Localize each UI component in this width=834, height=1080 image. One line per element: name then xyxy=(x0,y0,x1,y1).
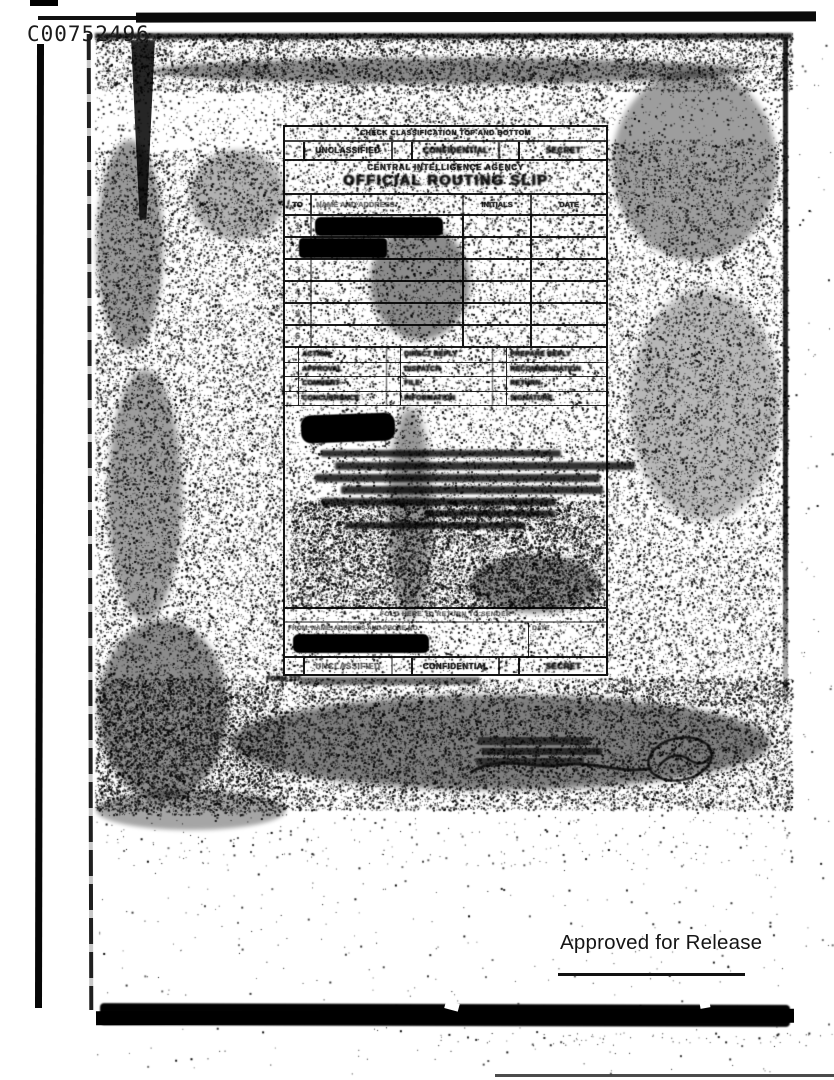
from-section: FROM: NAME, ADDRESS AND PHONE NO. DATE xyxy=(285,623,606,658)
action-grid-row: APPROVAL DISPATCH RECOMMENDATION xyxy=(285,363,606,378)
redaction-bar xyxy=(293,634,429,653)
row-initials-cell xyxy=(464,238,532,258)
page-right-edge-line xyxy=(783,37,788,702)
toner-blob xyxy=(98,620,228,800)
checkbox-cell xyxy=(387,348,401,362)
circled-initials xyxy=(644,732,715,786)
col-header-to: TO xyxy=(285,195,312,214)
checkbox-cell xyxy=(285,142,305,159)
row-initials-cell xyxy=(464,216,532,236)
action-grid: ACTION DIRECT REPLY PREPARE REPLY APPROV… xyxy=(285,348,606,406)
scan-top-bar-thin xyxy=(38,16,138,20)
row-number: 3 xyxy=(285,260,312,280)
row-date-cell xyxy=(532,282,606,302)
toner-blob xyxy=(108,370,182,620)
row-name-cell xyxy=(312,260,464,280)
toner-blob xyxy=(612,70,777,260)
page-top-edge-smudge xyxy=(95,33,792,39)
action-label: RECOMMENDATION xyxy=(507,363,606,377)
row-date-cell xyxy=(532,326,606,346)
classification-unclassified: UNCLASSIFIED xyxy=(305,142,393,159)
table-row: 5 xyxy=(285,304,606,326)
toner-blob xyxy=(97,140,163,350)
stamp-and-signature xyxy=(440,715,730,795)
checkbox-cell xyxy=(493,392,507,406)
toner-blob xyxy=(190,150,285,240)
table-row: 3 xyxy=(285,260,606,282)
row-initials-cell xyxy=(464,260,532,280)
from-cell: FROM: NAME, ADDRESS AND PHONE NO. xyxy=(285,623,529,658)
row-date-cell xyxy=(532,216,606,236)
scan-top-bar xyxy=(136,11,816,22)
checkbox-cell xyxy=(393,658,413,674)
from-date-cell: DATE xyxy=(529,623,606,658)
toner-blob xyxy=(630,290,780,520)
table-row: 2 xyxy=(285,238,606,260)
illegible-text-smudge xyxy=(321,450,561,457)
row-initials-cell xyxy=(464,304,532,324)
checkbox-cell xyxy=(500,658,520,674)
checkbox-cell xyxy=(387,377,401,391)
agency-name: CENTRAL INTELLIGENCE AGENCY xyxy=(285,163,606,172)
classification-secret: SECRET xyxy=(520,142,606,159)
action-label: DIRECT REPLY xyxy=(401,348,493,362)
form-title-block: CENTRAL INTELLIGENCE AGENCY OFFICIAL ROU… xyxy=(285,161,606,195)
col-header-initials: INITIALS xyxy=(464,195,532,214)
illegible-text-smudge xyxy=(321,498,556,506)
form-number: FORM 237 xyxy=(266,676,300,683)
checkbox-cell xyxy=(285,363,299,377)
illegible-text-smudge xyxy=(315,474,600,482)
row-initials-cell xyxy=(464,282,532,302)
document-id-number: C00752496 xyxy=(27,22,150,46)
action-label: INFORMATION xyxy=(401,392,493,406)
action-grid-row: ACTION DIRECT REPLY PREPARE REPLY xyxy=(285,348,606,363)
checkbox-cell xyxy=(285,348,299,362)
table-header-row: TO NAME AND ADDRESS INITIALS DATE xyxy=(285,195,606,216)
approved-for-release-line xyxy=(558,973,745,976)
row-date-cell xyxy=(532,260,606,280)
bottom-right-scan-line xyxy=(495,1074,834,1077)
action-grid-row: COMMENT FILE RETURN xyxy=(285,377,606,392)
col-header-name: NAME AND ADDRESS xyxy=(312,195,464,214)
checkbox-cell xyxy=(493,363,507,377)
redaction-bar xyxy=(301,413,396,444)
row-name-cell xyxy=(312,282,464,302)
action-label: CONCURRENCE xyxy=(299,392,387,406)
from-date-label: DATE xyxy=(532,625,549,632)
left-margin-line-thick xyxy=(35,44,44,1008)
official-routing-slip-form: CHECK CLASSIFICATION TOP AND BOTTOM UNCL… xyxy=(283,125,608,676)
action-grid-row: CONCURRENCE INFORMATION SIGNATURE xyxy=(285,392,606,407)
row-number: 6 xyxy=(285,326,312,346)
checkbox-cell xyxy=(387,363,401,377)
checkbox-cell xyxy=(493,377,507,391)
checkbox-cell xyxy=(285,658,305,674)
col-header-date: DATE xyxy=(532,195,606,214)
row-name-cell xyxy=(312,304,464,324)
scanned-document-page: C00752496 CHECK CLASSIFICATION TOP AND B… xyxy=(0,0,834,1080)
checkbox-cell xyxy=(285,377,299,391)
table-row: 4 xyxy=(285,282,606,304)
row-date-cell xyxy=(532,238,606,258)
form-title: OFFICIAL ROUTING SLIP xyxy=(285,173,606,189)
action-label: RETURN xyxy=(507,377,606,391)
from-label: FROM: NAME, ADDRESS AND PHONE NO. xyxy=(288,625,419,632)
remarks-section xyxy=(285,406,606,608)
action-label: PREPARE REPLY xyxy=(507,348,606,362)
table-row: 6 xyxy=(285,326,606,348)
checkbox-cell xyxy=(285,392,299,406)
checkbox-cell xyxy=(500,142,520,159)
classification-row-top: UNCLASSIFIED CONFIDENTIAL SECRET xyxy=(285,142,606,161)
checkbox-cell xyxy=(387,392,401,406)
checkbox-cell xyxy=(493,348,507,362)
toner-blob xyxy=(96,790,286,830)
circled-initials-scribble xyxy=(658,755,710,767)
illegible-text-smudge xyxy=(345,522,525,529)
row-number: 5 xyxy=(285,304,312,324)
approved-for-release-text: Approved for Release xyxy=(560,931,762,955)
action-label: ACTION xyxy=(299,348,387,362)
action-label: APPROVAL xyxy=(299,363,387,377)
classification-row-bottom: UNCLASSIFIED CONFIDENTIAL SECRET xyxy=(285,658,606,674)
fold-note: FOLD HERE TO RETURN TO SENDER xyxy=(285,609,606,623)
scan-corner-mark xyxy=(30,0,58,6)
redaction-bar xyxy=(315,217,443,236)
illegible-text-smudge xyxy=(425,510,555,517)
row-name-cell xyxy=(312,326,464,346)
bottom-scan-band xyxy=(96,1009,794,1025)
table-row: 1 xyxy=(285,216,606,238)
classification-confidential: CONFIDENTIAL xyxy=(413,658,501,674)
row-number: 1 xyxy=(285,216,312,236)
classification-secret: SECRET xyxy=(520,658,606,674)
redaction-bar xyxy=(299,238,387,258)
classification-banner: CHECK CLASSIFICATION TOP AND BOTTOM xyxy=(285,127,606,142)
action-label: DISPATCH xyxy=(401,363,493,377)
row-number: 4 xyxy=(285,282,312,302)
illegible-text-smudge xyxy=(300,677,480,685)
action-label: FILE xyxy=(401,377,493,391)
signature-scribble xyxy=(470,763,652,773)
classification-confidential: CONFIDENTIAL xyxy=(413,142,501,159)
row-date-cell xyxy=(532,304,606,324)
left-margin-line-thin xyxy=(87,34,94,1010)
action-label: COMMENT xyxy=(299,377,387,391)
row-initials-cell xyxy=(464,326,532,346)
illegible-text-smudge xyxy=(341,486,603,494)
illegible-text-smudge xyxy=(335,462,635,470)
checkbox-cell xyxy=(393,142,413,159)
action-label: SIGNATURE xyxy=(507,392,606,406)
classification-unclassified: UNCLASSIFIED xyxy=(305,658,393,674)
